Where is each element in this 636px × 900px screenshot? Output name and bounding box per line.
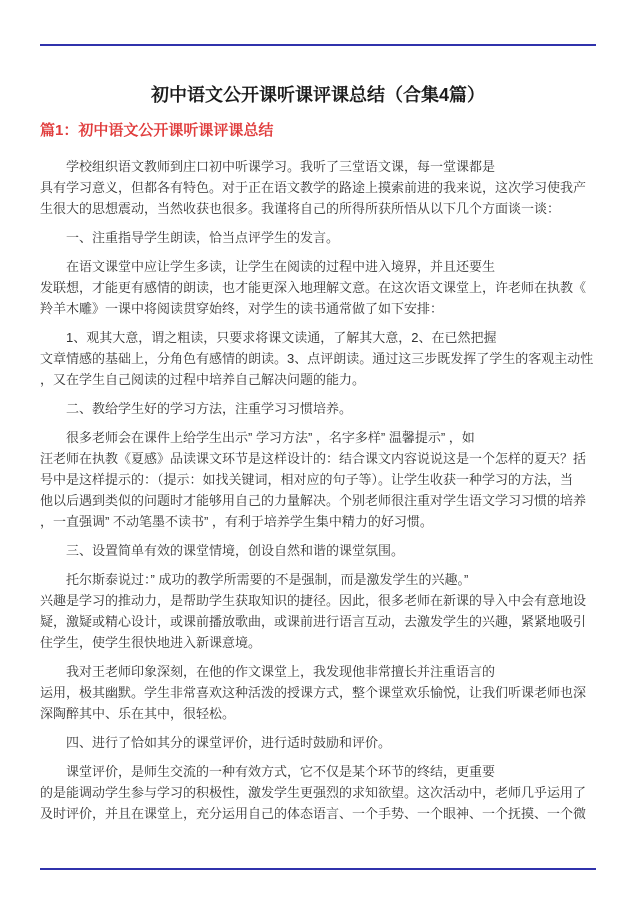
paragraph-point-4: 四、进行了恰如其分的课堂评价，进行适时鼓励和评价。 [40, 732, 596, 753]
article-body: 学校组织语文教师到庄口初中听课学习。我听了三堂语文课，每一堂课都是 具有学习意义… [40, 156, 596, 824]
top-divider-line [40, 44, 596, 46]
paragraph: 学校组织语文教师到庄口初中听课学习。我听了三堂语文课，每一堂课都是 具有学习意义… [40, 156, 596, 219]
paragraph-point-3: 三、设置简单有效的课堂情境，创设自然和谐的课堂氛围。 [40, 540, 596, 561]
paragraph-point-1: 一、注重指导学生朗读，恰当点评学生的发言。 [40, 227, 596, 248]
paragraph: 在语文课堂中应让学生多读，让学生在阅读的过程中进入境界，并且还要生 发联想，才能… [40, 256, 596, 319]
paragraph: 我对王老师印象深刻，在他的作文课堂上，我发现他非常擅长并注重语言的 运用，极其幽… [40, 661, 596, 724]
document-title: 初中语文公开课听课评课总结（合集4篇） [40, 82, 596, 108]
paragraph: 很多老师会在课件上给学生出示” 学习方法” ，名字多样” 温馨提示” ，如 汪老… [40, 427, 596, 532]
paragraph-point-2: 二、教给学生好的学习方法，注重学习习惯培养。 [40, 398, 596, 419]
bottom-divider-line [40, 868, 596, 870]
document-page: 初中语文公开课听课评课总结（合集4篇） 篇1：初中语文公开课听课评课总结 学校组… [0, 0, 636, 900]
paragraph: 托尔斯泰说过：” 成功的教学所需要的不是强制，而是激发学生的兴趣。” 兴趣是学习… [40, 569, 596, 653]
section-1-heading: 篇1：初中语文公开课听课评课总结 [40, 120, 596, 142]
paragraph: 1、观其大意，谓之粗读，只要求将课文读通，了解其大意，2、在已然把握 文章情感的… [40, 327, 596, 390]
paragraph: 课堂评价，是师生交流的一种有效方式，它不仅是某个环节的终结，更重要 的是能调动学… [40, 761, 596, 824]
